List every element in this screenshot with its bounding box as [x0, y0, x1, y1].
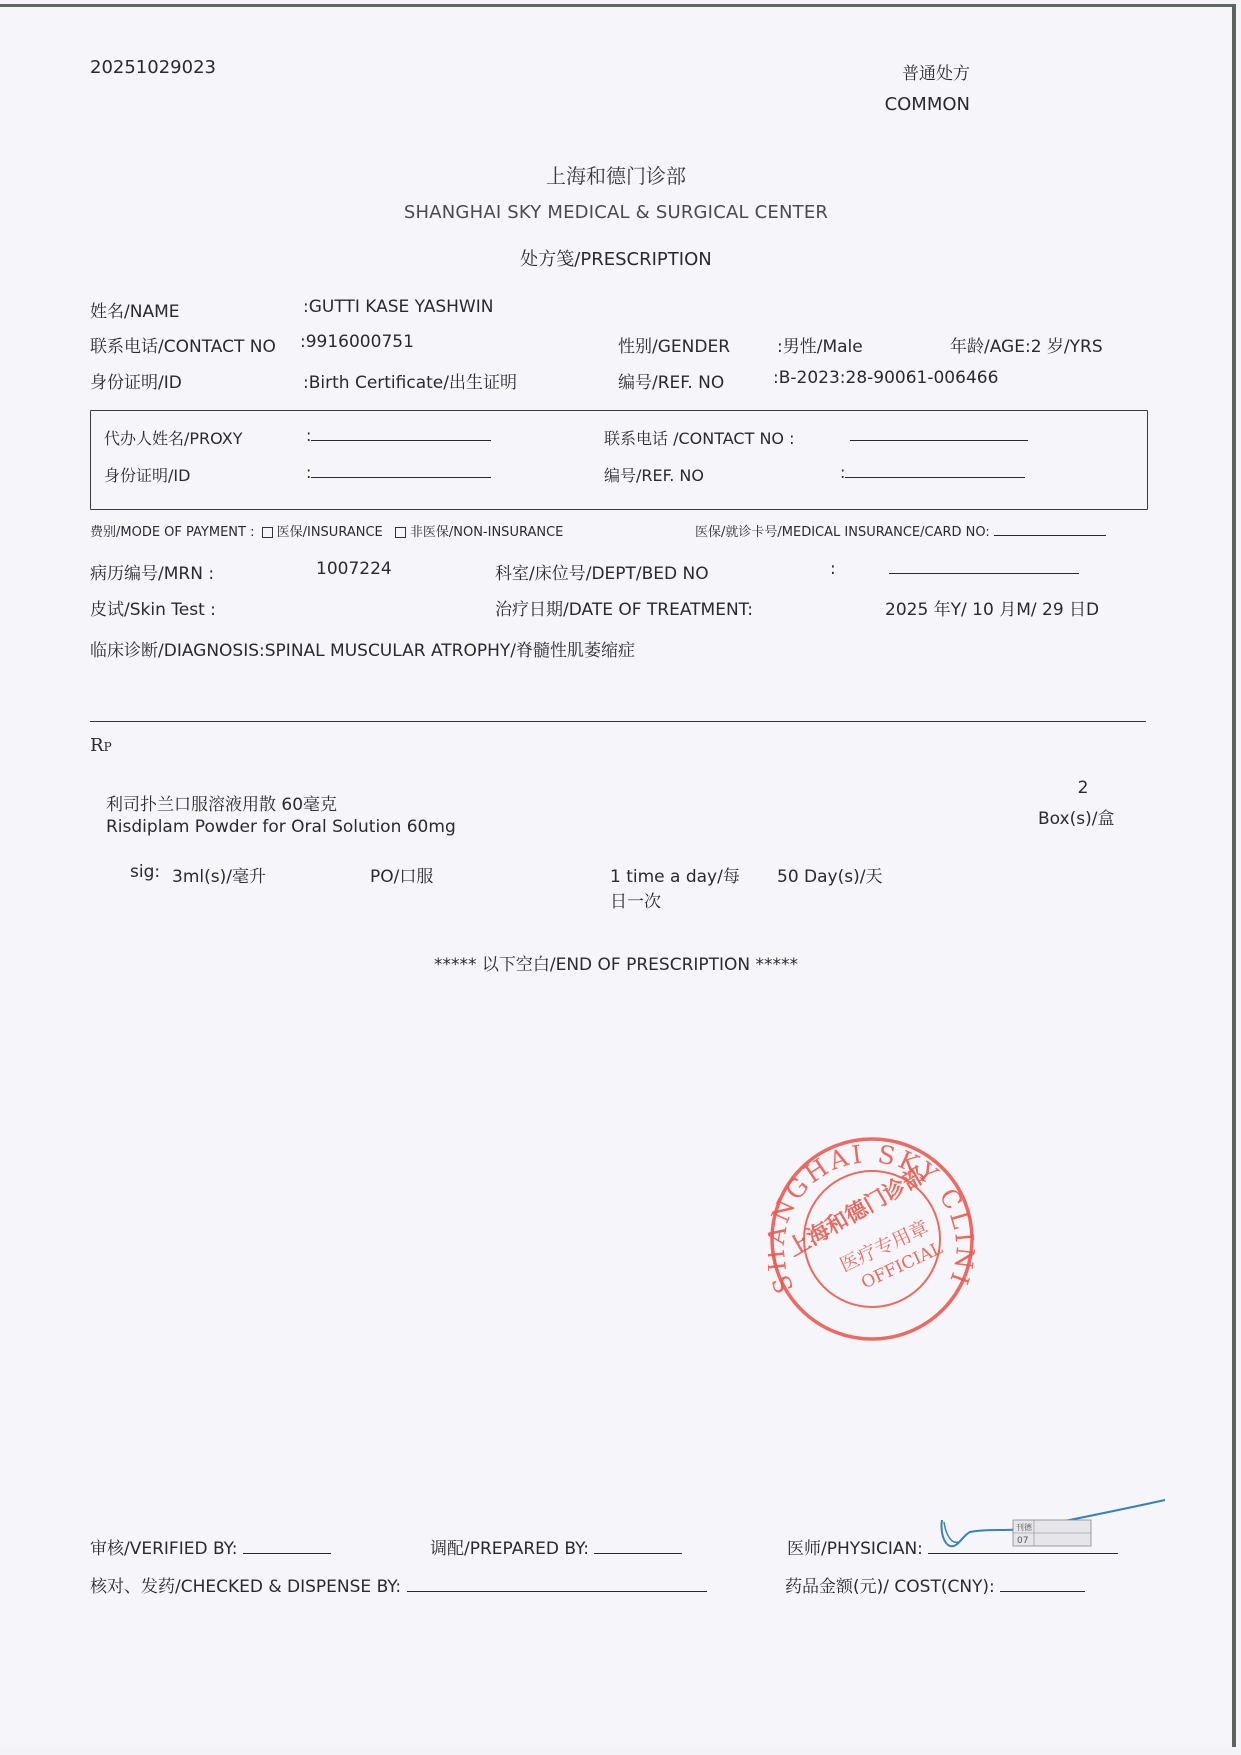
cost-label: 药品金额(元)/ COST(CNY): [785, 1577, 995, 1597]
patient-id-label: 身份证明/ID [90, 368, 182, 393]
proxy-name-label: 代办人姓名/PROXY [104, 426, 242, 449]
official-stamp-icon: SHANGHAI SKY CLINIC 上海和德门诊部 医疗专用章 OFFICI… [768, 1135, 976, 1343]
patient-age-value: :2 岁/YRS [1025, 337, 1103, 357]
drug-name-zh: 利司扑兰口服溶液用散 60毫克 [106, 790, 337, 815]
verified-by: 审核/VERIFIED BY: [90, 1534, 331, 1559]
proxy-ref-label: 编号/REF. NO [604, 463, 704, 486]
drug-name-en: Risdiplam Powder for Oral Solution 60mg [106, 817, 456, 837]
non-insurance-option-label: 非医保/NON-INSURANCE [410, 525, 564, 540]
physician-field[interactable] [928, 1552, 1118, 1554]
mrn-label: 病历编号/MRN : [90, 559, 214, 584]
diagnosis: 临床诊断/DIAGNOSIS:SPINAL MUSCULAR ATROPHY/脊… [90, 636, 635, 661]
end-of-prescription: ***** 以下空白/END OF PRESCRIPTION ***** [0, 950, 1232, 975]
proxy-section [90, 410, 1148, 510]
payment-mode-label: 费别/MODE OF PAYMENT : [90, 525, 254, 540]
section-divider [90, 721, 1146, 722]
patient-age: 年龄/AGE:2 岁/YRS [950, 332, 1103, 357]
verified-by-field[interactable] [243, 1552, 331, 1554]
verified-by-label: 审核/VERIFIED BY: [90, 1539, 238, 1559]
drug-quantity: 2 [1053, 778, 1113, 798]
patient-gender-label: 性别/GENDER [618, 332, 730, 357]
svg-text:07: 07 [1017, 1536, 1028, 1546]
prepared-by-label: 调配/PREPARED BY: [430, 1539, 589, 1559]
prescription-type-zh: 普通处方 [885, 59, 970, 84]
patient-ref-value: :B-2023:28-90061-006466 [773, 368, 998, 388]
cost: 药品金额(元)/ COST(CNY): [785, 1572, 1085, 1597]
drug-dose: 3ml(s)/毫升 [172, 862, 266, 887]
insurance-card: 医保/就诊卡号/MEDICAL INSURANCE/CARD NO: [695, 521, 1106, 540]
clinic-name-zh: 上海和德门诊部 [0, 160, 1232, 189]
rx-symbol: RP [90, 735, 112, 756]
patient-name-label: 姓名/NAME [90, 297, 179, 322]
checked-dispense-field[interactable] [407, 1590, 707, 1592]
patient-contact-label: 联系电话/CONTACT NO [90, 332, 276, 357]
prepared-by: 调配/PREPARED BY: [430, 1534, 682, 1559]
drug-duration: 50 Day(s)/天 [777, 862, 882, 887]
drug-frequency-line2: 日一次 [610, 887, 661, 912]
svg-text:刊德: 刊德 [1016, 1522, 1033, 1532]
proxy-contact-field[interactable] [850, 426, 1028, 445]
physician-signature-icon: 刊德 07 [900, 1492, 1170, 1552]
prescription-number: 20251029023 [90, 57, 216, 78]
dept-bed-label: 科室/床位号/DEPT/BED NO [495, 559, 709, 584]
checked-dispense: 核对、发药/CHECKED & DISPENSE BY: [90, 1572, 707, 1597]
prescription-type: 普通处方 COMMON [885, 59, 970, 115]
treatment-date-value: 2025 年Y/ 10 月M/ 29 日D [885, 595, 1099, 620]
proxy-name-field[interactable]: : [306, 426, 491, 445]
insurance-option-label: 医保/INSURANCE [277, 525, 383, 540]
patient-id-value: :Birth Certificate/出生证明 [303, 368, 517, 393]
sig-label: sig: [130, 862, 160, 882]
treatment-date-label: 治疗日期/DATE OF TREATMENT: [495, 595, 753, 620]
drug-frequency-line1: 1 time a day/每 [610, 862, 740, 887]
drug-route: PO/口服 [370, 862, 433, 887]
proxy-ref-field[interactable]: : [840, 463, 1025, 482]
dept-bed-colon: : [830, 559, 836, 579]
proxy-id-field[interactable]: : [306, 463, 491, 482]
patient-age-label: 年龄/AGE [950, 337, 1025, 357]
payment-mode: 费别/MODE OF PAYMENT : 医保/INSURANCE 非医保/NO… [90, 521, 563, 540]
prescription-page: 20251029023 普通处方 COMMON 上海和德门诊部 SHANGHAI… [0, 4, 1236, 1747]
dept-bed-field[interactable] [889, 559, 1079, 579]
patient-name-value: :GUTTI KASE YASHWIN [303, 297, 493, 317]
prepared-by-field[interactable] [594, 1552, 682, 1554]
skin-test-label: 皮试/Skin Test : [90, 595, 216, 620]
patient-ref-label: 编号/REF. NO [618, 368, 724, 393]
document-title: 处方笺/PRESCRIPTION [0, 245, 1232, 271]
proxy-id-label: 身份证明/ID [104, 463, 190, 486]
checked-dispense-label: 核对、发药/CHECKED & DISPENSE BY: [90, 1577, 401, 1597]
patient-gender-value: :男性/Male [777, 332, 863, 357]
diagnosis-value: :SPINAL MUSCULAR ATROPHY/脊髓性肌萎缩症 [259, 641, 635, 661]
insurance-checkbox[interactable] [262, 527, 273, 538]
drug-unit: Box(s)/盒 [1038, 804, 1114, 829]
mrn-value: 1007224 [316, 559, 392, 579]
insurance-card-field[interactable] [994, 534, 1106, 536]
non-insurance-checkbox[interactable] [395, 527, 406, 538]
cost-field[interactable] [1000, 1590, 1085, 1592]
prescription-type-en: COMMON [885, 94, 970, 115]
insurance-card-label: 医保/就诊卡号/MEDICAL INSURANCE/CARD NO: [695, 525, 990, 540]
diagnosis-label: 临床诊断/DIAGNOSIS [90, 641, 259, 661]
proxy-contact-label: 联系电话 /CONTACT NO : [604, 426, 794, 449]
clinic-name-en: SHANGHAI SKY MEDICAL & SURGICAL CENTER [0, 202, 1232, 223]
patient-contact-value: :9916000751 [300, 332, 414, 352]
